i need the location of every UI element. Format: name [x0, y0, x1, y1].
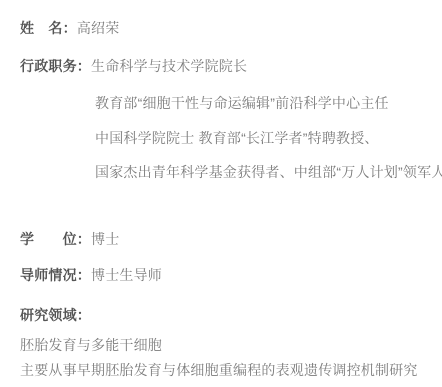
field-research-areas: 研究领域：: [20, 306, 91, 324]
admin-title-extra-line: 教育部“细胞干性与命运编辑”前沿科学中心主任: [95, 94, 389, 112]
field-supervisor-label: 导师情况：: [20, 267, 91, 283]
field-name-value: 高绍荣: [77, 20, 120, 36]
field-supervisor-value: 博士生导师: [91, 267, 162, 283]
field-degree-value: 博士: [91, 231, 119, 247]
field-admin-title: 行政职务：生命科学与技术学院院长: [20, 57, 247, 75]
field-name-label: 姓 名：: [20, 20, 77, 36]
field-degree-label: 学 位：: [20, 231, 91, 247]
research-area-line: 胚胎发育与多能干细胞: [20, 336, 162, 354]
field-supervisor: 导师情况：博士生导师: [20, 266, 162, 284]
field-degree: 学 位：博士: [20, 230, 119, 248]
field-research-areas-label: 研究领域：: [20, 307, 91, 323]
admin-title-extra-line: 中国科学院院士 教育部“长江学者”特聘教授、: [95, 129, 379, 147]
research-description-line: 主要从事早期胚胎发育与体细胞重编程的表观遗传调控机制研究: [20, 361, 418, 379]
admin-title-extra-line: 国家杰出青年科学基金获得者、中组部“万人计划”领军人才: [95, 163, 442, 181]
field-admin-title-value: 生命科学与技术学院院长: [91, 58, 247, 74]
field-name: 姓 名：高绍荣: [20, 19, 119, 37]
field-admin-title-label: 行政职务：: [20, 58, 91, 74]
faculty-profile-document: 姓 名：高绍荣 行政职务：生命科学与技术学院院长 教育部“细胞干性与命运编辑”前…: [0, 0, 442, 387]
